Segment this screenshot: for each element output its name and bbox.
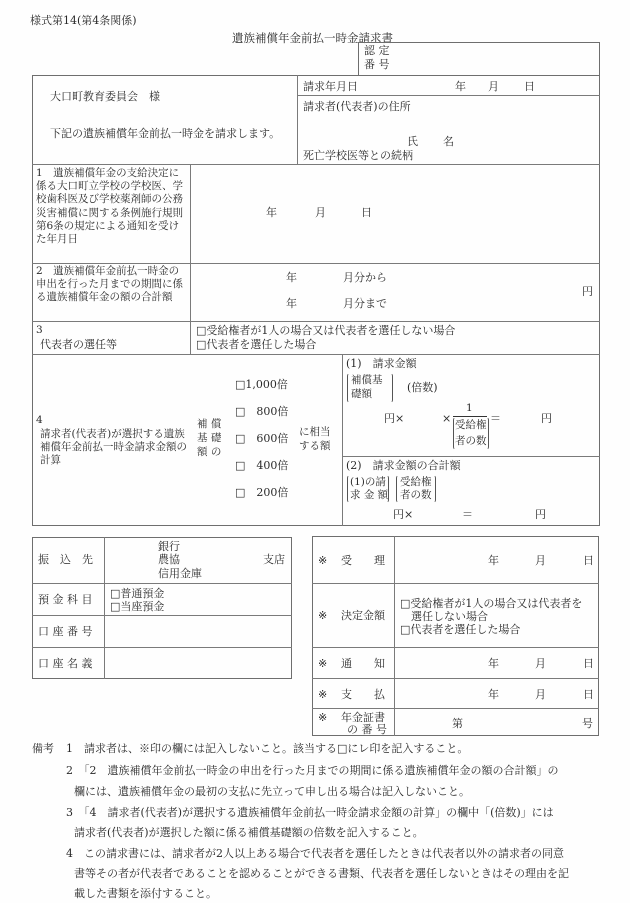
note-3-line1: 3 「4 請求者(代表者)が選択する遺族補償年金前払一時金請求金額の計算」の欄中… [66,806,554,820]
multiple-option-1000[interactable]: □1,000倍 [235,378,288,392]
calc2-bracket-recipients-1: 受給権 [400,476,432,489]
calc1-title: (1) 請求金額 [346,357,417,371]
note-4-line1: 4 この請求書には、請求者が2人以上ある場合で代表者を選任したときは代表者以外の… [66,847,564,861]
notice-month: 月 [535,657,546,671]
multiple-option-600[interactable]: □ 600倍 [235,432,288,446]
section4-label: 請求者(代表者)が選択する遺族補償年金前払一時金請求金額の計算 [40,428,190,467]
account-name-label: 口 座 名 義 [38,657,93,671]
calc2-yen: 円 [535,508,546,522]
cert-mark: ※ [318,711,327,725]
payment-month: 月 [535,688,546,702]
calc1-base-amount-field[interactable] [346,406,384,424]
calc1-yen-times: 円× [384,412,404,426]
calc2-result-field[interactable] [480,505,534,523]
section1-date-field[interactable] [192,166,598,262]
decision-option-single[interactable]: □受給権者が1人の場合又は代表者を [400,597,582,611]
decision-option-representative[interactable]: □代表者を選任した場合 [400,623,520,637]
relation-field[interactable] [420,148,598,163]
account-number-label: 口 座 番 号 [38,625,93,639]
calc1-numerator: 1 [466,402,473,415]
calc1-times: × [442,412,451,426]
equivalent-label-1: に相当 [299,426,331,439]
decision-label: 決定金額 [341,609,385,623]
branch-label: 支店 [263,553,285,567]
name-label-2: 名 [443,135,454,149]
request-statement: 下記の遺族補償年金前払一時金を請求します。 [50,127,280,141]
deposit-option-checking[interactable]: □当座預金 [110,600,164,614]
base-amount-label-row3: 額 の [197,446,221,459]
calc2-yen-times: 円× [393,508,413,522]
calc2-recipients-field[interactable] [418,505,460,523]
notice-label: 通 知 [341,657,385,671]
calc1-multiple-field[interactable] [412,406,442,424]
name-label-1: 氏 [407,135,418,149]
calc2-bracket-amount-2: 求 金 額 [350,489,388,502]
calc2-title: (2) 請求金額の合計額 [346,459,461,473]
base-amount-label-row2: 基 礎 [197,432,221,445]
multiple-option-200[interactable]: □ 200倍 [235,486,288,500]
multiple-option-800[interactable]: □ 800倍 [235,405,288,419]
deposit-option-ordinary[interactable]: □普通預金 [110,587,164,601]
cert-suffix: 号 [582,717,593,731]
calc1-bracket-base-2: 礎額 [351,388,372,401]
branch-name-field[interactable] [200,539,262,581]
calc1-equals: ＝ [490,412,501,426]
bank-type-agri[interactable]: 農協 [158,553,180,567]
notice-day: 日 [583,657,594,671]
calc1-bracket-recipients-2: 者の数 [455,435,487,448]
note-3-line2: 請求者(代表者)が選択した額に係る補償基礎額の倍数を記入すること。 [74,826,424,840]
receipt-month: 月 [535,554,546,568]
deposit-type-label: 預 金 科 目 [38,593,93,607]
calc2-amount-field[interactable] [346,505,392,523]
decision-option-single-cont: 選任しない場合 [400,610,488,624]
note-2-line1: 2 「2 遺族補償年金前払一時金の申出を行った月までの期間に係る遺族補償年金の額… [66,764,559,778]
approval-number-field[interactable] [392,43,598,75]
multiple-option-400[interactable]: □ 400倍 [235,459,288,473]
decision-mark: ※ [318,609,327,623]
calc2-equals: ＝ [462,508,473,522]
receipt-day: 日 [583,554,594,568]
addressee: 大口町教育委員会 様 [50,90,160,104]
base-amount-label-row1: 補 償 [197,418,221,431]
payment-day: 日 [583,688,594,702]
approval-label-1: 認 定 [364,44,390,58]
transfer-label: 振 込 先 [38,553,93,567]
section3-option-representative[interactable]: □代表者を選任した場合 [196,338,316,352]
notice-year: 年 [488,657,499,671]
calc2-bracket-amount-1: (1)の請 [350,476,386,489]
equivalent-label-2: する額 [299,440,331,453]
notes-heading: 備考 [32,742,54,756]
calc1-bracket-base-1: 補償基 [351,374,383,387]
calc1-multiple-label: (倍数) [407,381,438,395]
payment-mark: ※ [318,688,327,702]
receipt-label: 受 理 [341,554,385,568]
account-number-field[interactable] [106,617,290,646]
note-4-line2: 書等その者が代表者であることを認めることができる書類、代表者を選任しないときはそ… [74,867,569,881]
cert-prefix: 第 [452,717,463,731]
section2-label: 2 遺族補償年金前払一時金の申出を行った月までの期間に係る遺族補償年金の額の合計… [36,265,188,305]
section3-label: 代表者の選任等 [40,338,117,352]
note-4-line3: 載した書類を添付すること。 [74,887,217,901]
cert-label-2: の 番 号 [347,723,387,737]
section3-number: 3 [36,324,43,337]
form-number: 様式第14(第4条関係) [30,14,137,28]
receipt-mark: ※ [318,554,327,568]
bank-type-bank[interactable]: 銀行 [158,540,180,554]
section1-label: 1 遺族補償年金の支給決定に係る大口町立学校の学校医、学校歯科医及び学校薬剤師の… [36,167,186,246]
bank-type-credit[interactable]: 信用金庫 [158,567,202,581]
calc1-yen: 円 [541,412,552,426]
notice-mark: ※ [318,657,327,671]
bank-name-field[interactable] [106,539,156,581]
address-label: 請求者(代表者)の住所 [303,100,411,114]
section4-number: 4 [36,414,43,427]
note-1: 1 請求者は、※印の欄には記入しないこと。該当する□にレ印を記入すること。 [66,742,468,756]
relation-label: 死亡学校医等との続柄 [303,149,413,163]
payment-year: 年 [488,688,499,702]
payment-label: 支 払 [341,688,385,702]
calc1-bracket-recipients-1: 受給権 [455,419,487,432]
calc1-result-field[interactable] [505,406,541,424]
name-field[interactable] [460,132,598,148]
request-date-label: 請求年月日 [303,80,358,94]
section3-option-single[interactable]: □受給権者が1人の場合又は代表者を選任しない場合 [196,324,455,338]
address-field[interactable] [303,114,598,130]
approval-label-2: 番 号 [364,58,390,72]
calc2-bracket-recipients-2: 者の数 [400,489,432,502]
section2-amount-field[interactable] [192,265,598,319]
account-name-field[interactable] [106,649,290,678]
note-2-line2: 欄には、遺族補償年金の最初の支払に先立って申し出る場合は記入しないこと。 [74,785,470,799]
request-date-field[interactable] [380,77,598,94]
receipt-year: 年 [488,554,499,568]
